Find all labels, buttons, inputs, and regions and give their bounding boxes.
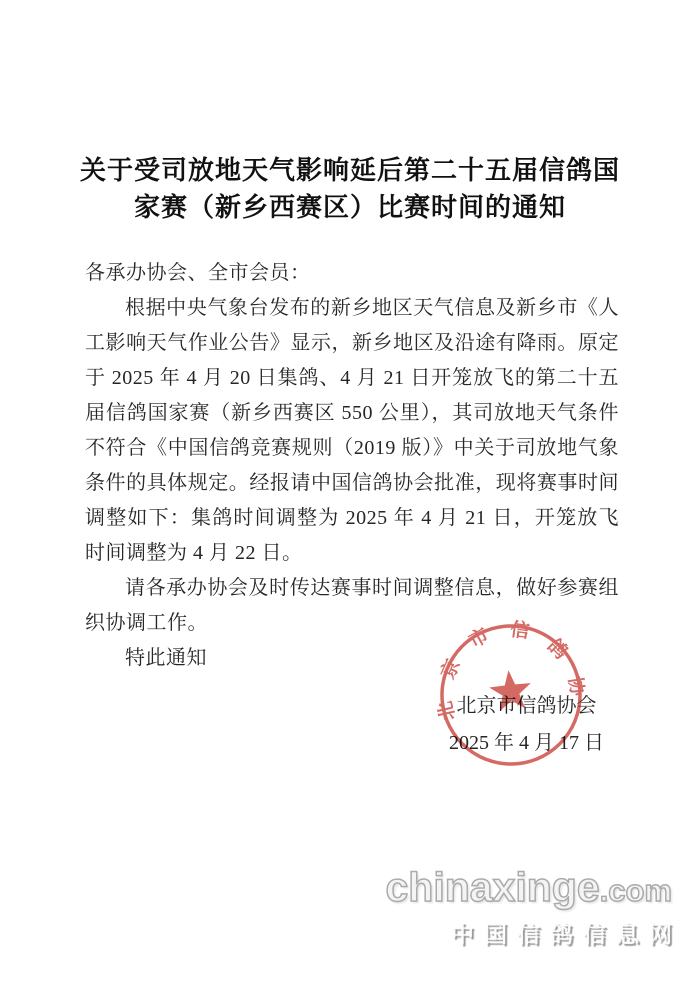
- paragraph-weather-adjustment: 根据中央气象台发布的新乡地区天气信息及新乡市《人工影响天气作业公告》显示，新乡地…: [85, 291, 619, 571]
- signature-org: 北京市信鸽协会: [449, 688, 604, 725]
- notice-body: 各承办协会、全市会员： 根据中央气象台发布的新乡地区天气信息及新乡市《人工影响天…: [85, 256, 619, 676]
- watermark-site-main: chinaxinge: [385, 864, 599, 910]
- watermark-site-name-cn: 中国信鸽信息网: [385, 916, 682, 949]
- paragraph-request: 请各承办协会及时传达赛事时间调整信息，做好参赛组织协调工作。: [85, 571, 619, 641]
- signature-date: 2025 年 4 月 17 日: [449, 725, 604, 762]
- salutation: 各承办协会、全市会员：: [85, 256, 619, 291]
- paragraph-closing: 特此通知: [85, 641, 619, 676]
- watermark: chinaxinge.com 中国信鸽信息网: [385, 866, 672, 949]
- watermark-site-tld: .com: [600, 873, 672, 908]
- notice-title-line-2: 家赛（新乡西赛区）比赛时间的通知: [0, 189, 700, 226]
- notice-document-page: 关于受司放地天气影响延后第二十五届信鸽国 家赛（新乡西赛区）比赛时间的通知 各承…: [0, 0, 700, 990]
- watermark-site-url: chinaxinge.com: [385, 866, 672, 912]
- notice-title-line-1: 关于受司放地天气影响延后第二十五届信鸽国: [0, 152, 700, 189]
- signature-block: 北京市信鸽协会 2025 年 4 月 17 日: [449, 688, 604, 762]
- notice-title: 关于受司放地天气影响延后第二十五届信鸽国 家赛（新乡西赛区）比赛时间的通知: [0, 152, 700, 226]
